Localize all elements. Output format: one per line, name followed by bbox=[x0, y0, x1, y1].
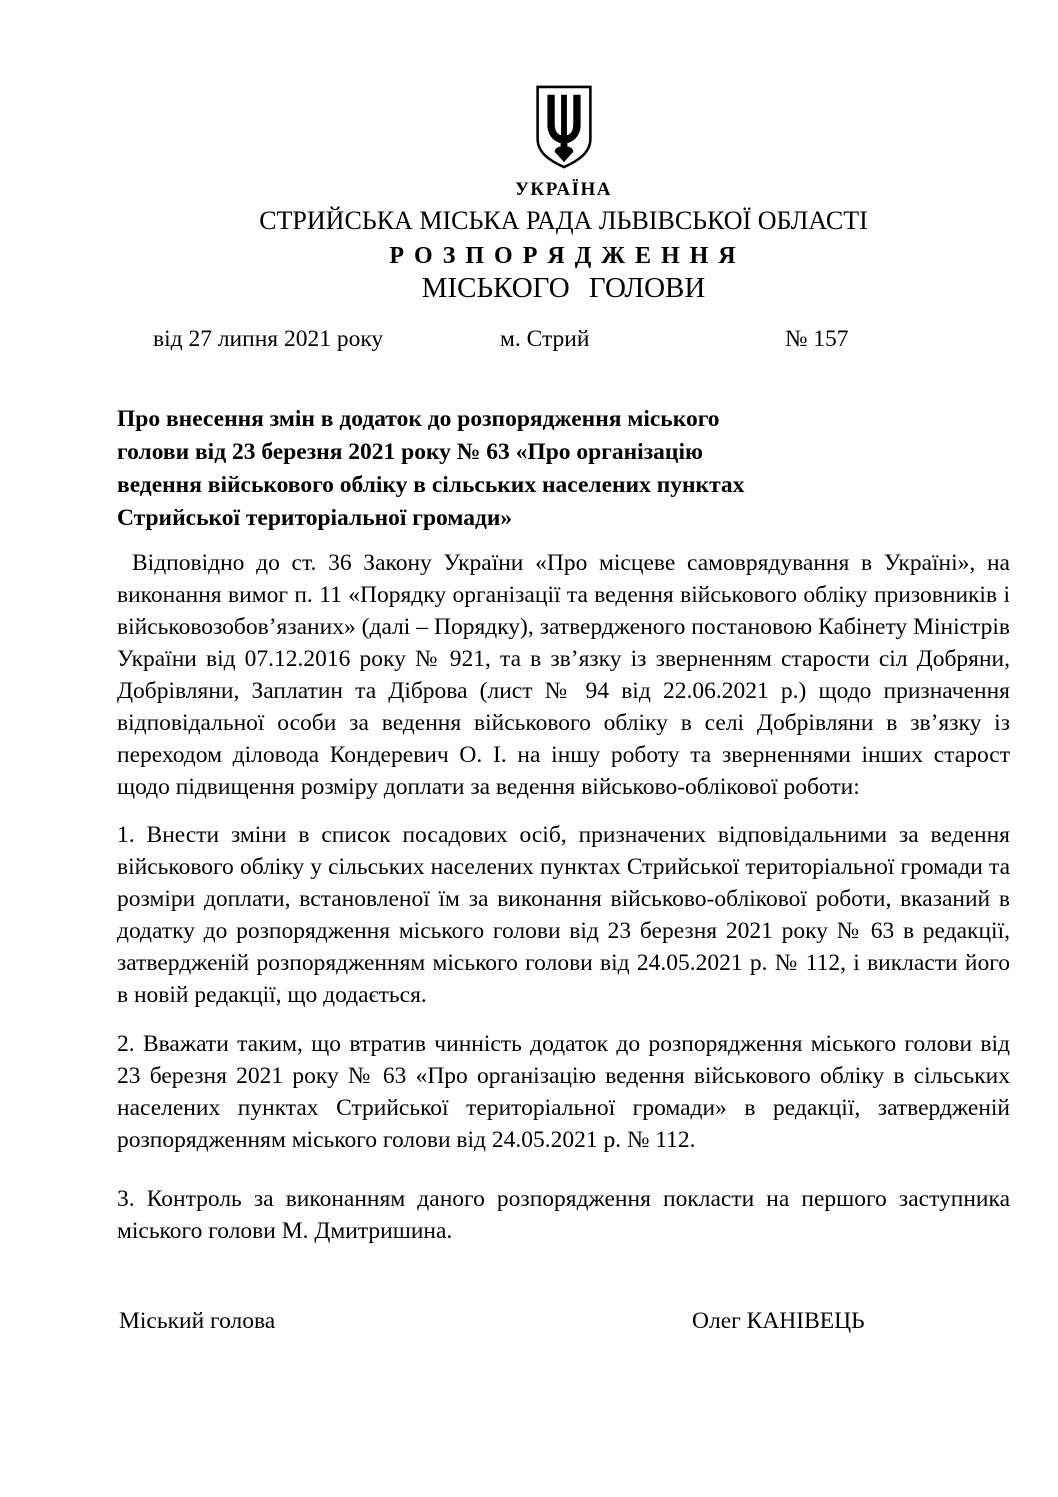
document-number: № 157 bbox=[785, 323, 849, 355]
item-1-paragraph: 1. Внести зміни в список посадових осіб,… bbox=[117, 819, 1010, 1011]
country-label: УКРАЇНА bbox=[117, 178, 1010, 202]
document-issuer: МІСЬКОГО ГОЛОВИ bbox=[117, 272, 1010, 305]
signature-position: Міський голова bbox=[119, 1305, 275, 1337]
item-3-paragraph: 3. Контроль за виконанням даного розпоря… bbox=[117, 1183, 1010, 1247]
document-date: від 27 липня 2021 року bbox=[153, 323, 383, 355]
subject-paragraph: Про внесення змін в додаток до розпорядж… bbox=[117, 403, 789, 535]
signature-name: Олег КАНІВЕЦЬ bbox=[692, 1305, 865, 1337]
preamble-paragraph: Відповідно до ст. 36 Закону України «Про… bbox=[117, 547, 1010, 803]
council-name: СТРИЙСЬКА МІСЬКА РАДА ЛЬВІВСЬКОЇ ОБЛАСТІ bbox=[117, 206, 1010, 236]
document-type-title: Р О З П О Р Я Д Ж Е Н Н Я bbox=[117, 242, 1010, 270]
signature-row: Міський голова Олег КАНІВЕЦЬ bbox=[117, 1305, 1010, 1337]
document-header: УКРАЇНА СТРИЙСЬКА МІСЬКА РАДА ЛЬВІВСЬКОЇ… bbox=[117, 84, 1010, 305]
trident-shield-icon bbox=[534, 84, 594, 170]
document-place: м. Стрий bbox=[500, 323, 589, 355]
date-row: від 27 липня 2021 року м. Стрий № 157 bbox=[117, 323, 1010, 355]
item-2-paragraph: 2. Вважати таким, що втратив чинність до… bbox=[117, 1028, 1010, 1156]
ukraine-trident-emblem-icon bbox=[534, 84, 594, 170]
document-page: УКРАЇНА СТРИЙСЬКА МІСЬКА РАДА ЛЬВІВСЬКОЇ… bbox=[0, 0, 1058, 1497]
